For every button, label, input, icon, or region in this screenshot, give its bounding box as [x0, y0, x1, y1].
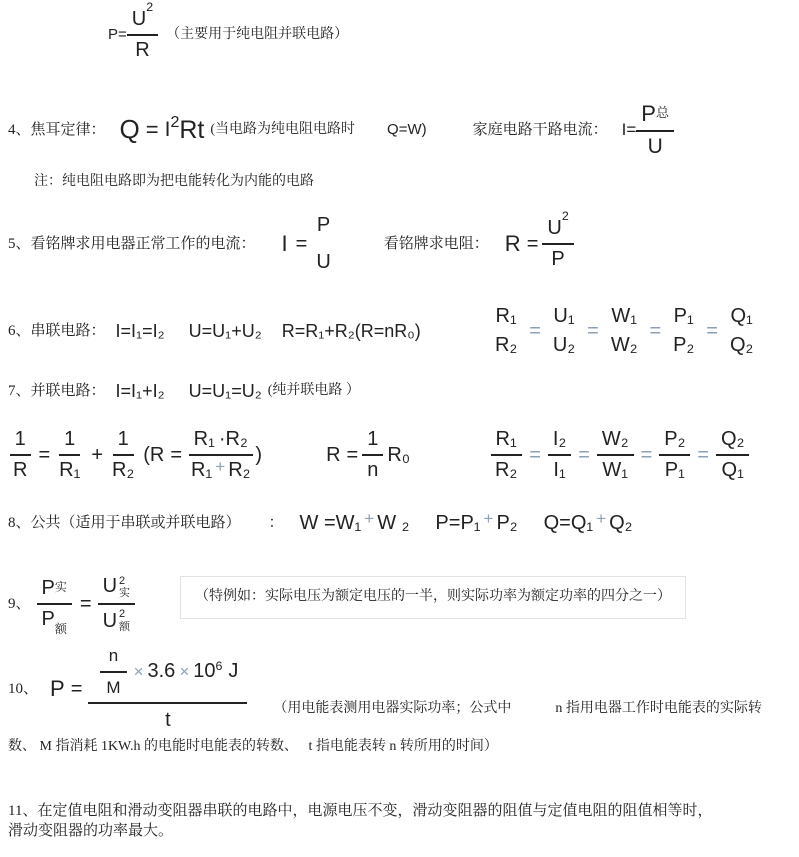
series-ratio-chain: R₁R₂ = U₁U₂ = W₁W₂ = P₁P₂ = Q₁Q₂	[490, 305, 758, 357]
plus-sign: +	[215, 457, 225, 477]
numerator: P	[312, 214, 335, 244]
denominator: U2额	[98, 605, 135, 633]
fraction-1-over-r1: 1R₁	[54, 428, 85, 482]
item7-label: 7、并联电路：	[8, 381, 106, 401]
numerator-left: R₁	[194, 428, 215, 451]
denominator: U₂	[548, 331, 580, 357]
denominator: Q₂	[725, 331, 758, 357]
fraction-u2-over-r: U2 R	[127, 8, 158, 62]
numerator: R₁	[491, 428, 522, 456]
equals-sign: =	[527, 233, 539, 256]
ratio-fraction: U₁U₂	[548, 305, 580, 357]
numerator: U2实	[98, 575, 135, 605]
formula-row-nameplate: 5、看铭牌求用电器正常工作的电流： I = P U 看铭牌求电阻： R = U2…	[8, 213, 796, 275]
numerator: U2	[127, 8, 158, 36]
numerator-base: U	[547, 217, 561, 240]
formula-row-parallel-resistance: 1R = 1R₁ + 1R₂ (R = R₁·R₂ R₁+R₂ ) R = 1n…	[8, 418, 796, 492]
formula-row-joule: 4、焦耳定律： Q = I2 Rt (当电路为纯电阻电路时 Q=W) 家庭电路干…	[8, 98, 796, 162]
equals-sign: =	[71, 678, 83, 701]
home-current-lead: I=	[622, 120, 637, 140]
numerator: 1	[362, 428, 383, 456]
item9-label: 9、	[8, 594, 31, 614]
ratio-fraction: I₂I₁	[548, 428, 571, 482]
equals-sign: =	[529, 320, 541, 343]
multiply-sign: ×	[179, 662, 189, 682]
home-circuit-label: 家庭电路干路电流：	[473, 120, 608, 140]
fraction-pactual-over-prated: P实 P额	[37, 577, 72, 631]
heat-right: Q₂	[609, 512, 632, 534]
denominator: U	[311, 244, 335, 274]
equals-sign: =	[170, 444, 182, 467]
numerator: U₁	[548, 305, 579, 331]
power-formula-lead: P=	[108, 26, 127, 43]
item10-label: 10、	[8, 679, 38, 699]
meter-note-continuation-row: 数、 M 指消耗 1KW.h 的电能时电能表的转数、 t 指电能表转 n 转所用…	[8, 738, 768, 757]
multiply-sign: ×	[134, 662, 144, 682]
numerator: P实	[37, 577, 72, 605]
numerator: U2	[542, 217, 573, 245]
series-voltage-formula: U=U₁+U₂	[189, 321, 262, 342]
work-left: W =W₁	[300, 512, 362, 534]
denominator: W₂	[606, 331, 643, 357]
denominator: n	[362, 456, 383, 482]
ratio-fraction: R₁R₂	[490, 305, 522, 357]
numerator-right: R₂	[226, 428, 248, 451]
meter-note-part2: n 指用电器工作时电能表的实际转	[555, 700, 762, 719]
formula-row-common: 8、公共（适用于串联或并联电路） ： W =W₁+W ₂ P=P₁+P₂ Q=Q…	[8, 503, 632, 543]
exponent: 2	[119, 608, 130, 621]
numerator: W₁	[606, 305, 642, 331]
fraction-uactual2-over-urated2: U2实 U2额	[98, 575, 135, 634]
denominator: P₁	[660, 456, 690, 482]
fraction-n-over-m: nM	[97, 646, 129, 697]
parallel-voltage-formula: U=U₁=U₂	[189, 381, 262, 402]
physics-formula-document: P= U2 R （主要用于纯电阻并联电路） 4、焦耳定律： Q = I2 Rt …	[0, 0, 799, 857]
numerator: P₁	[669, 305, 699, 331]
unit-joule: J	[228, 660, 238, 683]
fraction-product-over-sum: R₁·R₂ R₁+R₂	[186, 428, 255, 482]
numerator-base: P	[641, 101, 656, 126]
formula-row-max-power: 11、在定值电阻和滑动变阻器串联的电路中，电源电压不变，滑动变阻器的阻值与定值电…	[8, 801, 788, 842]
numerator-supsub: 2实	[119, 575, 130, 600]
denominator: R₂	[107, 456, 139, 482]
numerator-exponent: 2	[562, 210, 569, 222]
open-paren-r: (R	[143, 444, 164, 467]
meter-note: （用电能表测用电器实际功率；公式中 n 指用电器工作时电能表的实际转	[273, 700, 762, 719]
denominator: P额	[37, 605, 72, 631]
plus-sign: +	[91, 444, 103, 467]
item11-line1: 11、在定值电阻和滑动变阻器串联的电路中，电源电压不变，滑动变阻器的阻值与定值电…	[8, 801, 788, 821]
numerator: R₁	[491, 305, 522, 331]
subscript: 实	[119, 587, 130, 600]
numerator: P总	[636, 101, 674, 131]
meter-note-continuation: 数、 M 指消耗 1KW.h 的电能时电能表的转数、 t 指电能表转 n 转所用…	[8, 738, 498, 757]
denominator-left: R₁	[191, 459, 212, 482]
joule-eq: =	[146, 117, 159, 142]
denominator: R	[8, 456, 32, 482]
joule-q: Q	[120, 115, 140, 145]
equals-sign: =	[706, 320, 718, 343]
denominator-subscript: 额	[55, 623, 67, 635]
pure-resistance-note: 注：纯电阻电路即为把电能转化为内能的电路	[34, 173, 314, 192]
equals-sign: =	[347, 444, 359, 467]
resistance-symbol: R	[326, 444, 340, 467]
pure-resistance-note-row: 注：纯电阻电路即为把电能转化为内能的电路	[34, 173, 314, 192]
equals-sign: =	[38, 444, 50, 467]
fraction-p-over-u-nobar: P U	[311, 214, 335, 274]
denominator-base: P	[42, 608, 55, 631]
equals-sign: =	[296, 233, 308, 256]
joule-rt: Rt	[179, 116, 204, 145]
ratio-fraction: P₂P₁	[659, 428, 690, 482]
work-sum-formula: W =W₁+W ₂	[300, 512, 410, 535]
power-left: P=P₁	[435, 512, 480, 534]
r0-symbol: R₀	[387, 444, 410, 467]
denominator: I₁	[548, 456, 570, 482]
denominator: R	[130, 36, 154, 62]
numerator: Q₂	[716, 428, 749, 456]
denominator-supsub: 2额	[119, 608, 130, 633]
equals-sign: =	[578, 444, 590, 467]
numerator-subscript: 总	[656, 106, 669, 119]
formula-row-actual-rated: 9、 P实 P额 = U2实 U2额 （特例如：实际电压为额定电压的一半，则实际…	[8, 563, 796, 645]
factor-value: 3.6	[148, 660, 176, 683]
formula-row-energy-meter: 10、 P = nM × 3.6 × 106 J t （用电能表测用电器实际功率…	[8, 645, 796, 733]
close-paren: )	[255, 444, 262, 467]
numerator-subscript: 实	[55, 581, 67, 593]
denominator: P₂	[668, 331, 699, 357]
denominator-base: U	[103, 610, 117, 633]
denominator: R₁	[54, 456, 85, 482]
numerator: Q₁	[725, 305, 757, 331]
fraction-u2-over-p: U2 P	[542, 217, 573, 271]
numerator: nM × 3.6 × 106 J	[88, 646, 247, 704]
plus-sign: +	[596, 509, 606, 528]
item4-label: 4、焦耳定律：	[8, 120, 106, 140]
power-right: P₂	[496, 512, 517, 534]
numerator-exponent: 2	[146, 1, 153, 13]
multiply-dot: ·	[219, 428, 226, 451]
fraction-ptotal-over-u: P总 U	[636, 101, 674, 158]
power-sum-formula: P=P₁+P₂	[435, 512, 517, 535]
joule-qw: Q=W)	[387, 121, 427, 138]
equals-sign: =	[587, 320, 599, 343]
work-right: W ₂	[377, 512, 409, 534]
exponent: 2	[119, 575, 130, 588]
numerator: I₂	[548, 428, 571, 456]
denominator: t	[156, 704, 180, 732]
item11-line2: 滑动变阻器的功率最大。	[8, 821, 788, 841]
parallel-ratio-chain: R₁R₂ = I₂I₁ = W₂W₁ = P₂P₁ = Q₂Q₁	[490, 428, 749, 482]
power-symbol: P	[50, 676, 65, 701]
parallel-note: (纯并联电路 ）	[268, 382, 360, 401]
numerator: 1	[10, 428, 31, 456]
resistance-symbol: R	[505, 231, 521, 256]
item8-label: 8、公共（适用于串联或并联电路）	[8, 513, 241, 533]
current-symbol: I	[282, 231, 288, 256]
denominator: U	[643, 132, 668, 159]
ratio-fraction: Q₂Q₁	[716, 428, 749, 482]
equals-sign: =	[641, 444, 653, 467]
heat-left: Q=Q₁	[544, 512, 594, 534]
denominator: M	[97, 673, 129, 698]
equals-sign: =	[697, 444, 709, 467]
current-exponent: 2	[170, 114, 179, 131]
special-case-note-box: （特例如：实际电压为额定电压的一半，则实际功率为额定功率的四分之一）	[180, 576, 686, 619]
numerator-base: U	[103, 575, 117, 598]
resistance-label: 看铭牌求电阻：	[384, 234, 489, 254]
heat-sum-formula: Q=Q₁+Q₂	[544, 512, 633, 535]
fraction-1-over-r2: 1R₂	[107, 428, 139, 482]
numerator: W₂	[597, 428, 634, 456]
denominator-right: R₂	[228, 459, 250, 482]
subscript: 额	[119, 621, 130, 634]
numerator-base: P	[42, 577, 55, 600]
power-of-ten: 106	[193, 660, 222, 683]
numerator: R₁·R₂	[189, 428, 253, 456]
denominator: R₂	[490, 331, 522, 357]
plus-sign: +	[364, 509, 374, 528]
ratio-fraction: P₁P₂	[668, 305, 699, 357]
denominator: Q₁	[717, 456, 749, 482]
item6-label: 6、串联电路：	[8, 321, 106, 341]
fraction-energy-over-time: nM × 3.6 × 106 J t	[88, 646, 247, 732]
numerator-base: U	[132, 8, 146, 31]
ratio-fraction: W₂W₁	[597, 428, 634, 482]
numerator: n	[100, 646, 127, 673]
equals-sign: =	[80, 593, 92, 616]
denominator: R₂	[490, 456, 522, 482]
fraction-1-over-r: 1R	[8, 428, 32, 482]
denominator: R₁+R₂	[186, 456, 255, 482]
ratio-fraction: Q₁Q₂	[725, 305, 758, 357]
ratio-fraction: R₁R₂	[490, 428, 522, 482]
series-resistance-formula: R=R₁+R₂(R=nR₀)	[282, 321, 421, 342]
numerator: P₂	[659, 428, 690, 456]
joule-condition: (当电路为纯电阻电路时	[210, 121, 355, 140]
series-current-formula: I=I₁=I₂	[116, 321, 165, 342]
denominator: P	[546, 245, 569, 271]
ten-base: 10	[193, 660, 215, 682]
power-formula-note: （主要用于纯电阻并联电路）	[166, 26, 348, 45]
item5-label: 5、看铭牌求用电器正常工作的电流：	[8, 234, 256, 254]
meter-note-part1: （用电能表测用电器实际功率；公式中	[273, 700, 511, 719]
formula-row-series: 6、串联电路： I=I₁=I₂ U=U₁+U₂ R=R₁+R₂(R=nR₀) R…	[8, 293, 796, 369]
colon: ：	[269, 513, 284, 533]
fraction-1-over-n: 1n	[362, 428, 383, 482]
equals-sign: =	[649, 320, 661, 343]
formula-row-power: P= U2 R （主要用于纯电阻并联电路）	[108, 6, 348, 64]
plus-sign: +	[484, 509, 494, 528]
numerator: 1	[113, 428, 134, 456]
ten-exponent: 6	[216, 659, 223, 673]
equals-sign: =	[529, 444, 541, 467]
parallel-current-formula: I=I₁+I₂	[116, 381, 165, 402]
joule-current-base: I2	[165, 118, 180, 142]
ratio-fraction: W₁W₂	[606, 305, 643, 357]
formula-row-parallel: 7、并联电路： I=I₁+I₂ U=U₁=U₂ (纯并联电路 ）	[8, 376, 360, 406]
numerator: 1	[59, 428, 80, 456]
denominator: W₁	[597, 456, 633, 482]
